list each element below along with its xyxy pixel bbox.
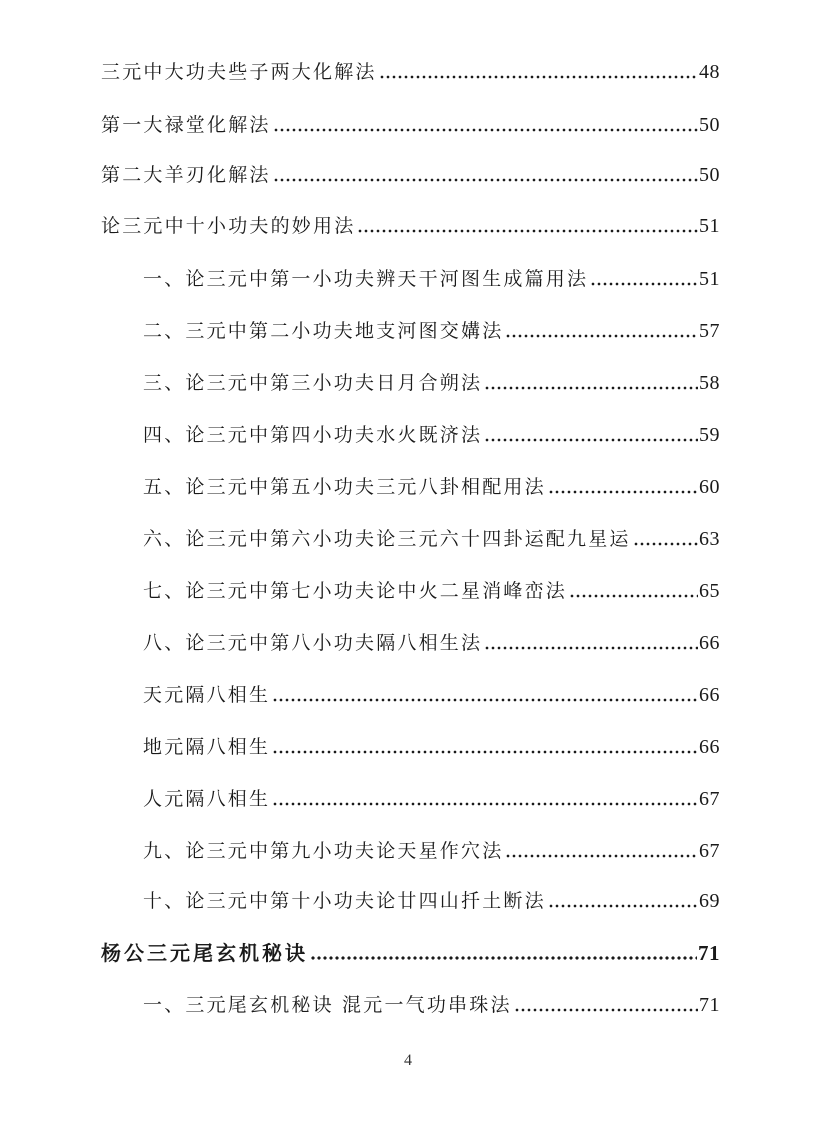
toc-entry-page: 60 — [699, 472, 720, 502]
dot-leader — [548, 904, 698, 908]
toc-entry[interactable]: 三元中大功夫些子两大化解法 48 — [101, 57, 720, 87]
toc-entry-title: 论三元中十小功夫的妙用法 — [101, 211, 355, 241]
dot-leader — [548, 490, 698, 494]
toc-entry[interactable]: 四、论三元中第四小功夫水火既济法 59 — [143, 420, 720, 450]
toc-entry-title: 七、论三元中第七小功夫论中火二星消峰峦法 — [143, 576, 567, 606]
toc-entry-page: 48 — [699, 57, 720, 87]
toc-entry-page: 71 — [699, 990, 720, 1020]
toc-entry-chapter[interactable]: 杨公三元尾玄机秘诀 71 — [101, 938, 720, 968]
toc-entry-title: 三、论三元中第三小功夫日月合朔法 — [143, 368, 482, 398]
toc-entry-title: 一、三元尾玄机秘诀 混元一气功串珠法 — [143, 990, 512, 1020]
toc-entry-title: 三元中大功夫些子两大化解法 — [101, 57, 377, 87]
toc-entry[interactable]: 五、论三元中第五小功夫三元八卦相配用法 60 — [143, 472, 720, 502]
toc-entry-title: 五、论三元中第五小功夫三元八卦相配用法 — [143, 472, 546, 502]
toc-entry-page: 71 — [698, 938, 720, 968]
toc-entry[interactable]: 第二大羊刃化解法 50 — [101, 160, 720, 190]
toc-entry-title: 地元隔八相生 — [143, 732, 270, 762]
toc-entry[interactable]: 六、论三元中第六小功夫论三元六十四卦运配九星运 63 — [143, 524, 720, 554]
toc-entry[interactable]: 七、论三元中第七小功夫论中火二星消峰峦法 65 — [143, 576, 720, 606]
toc-entry-page: 66 — [699, 680, 720, 710]
dot-leader — [357, 229, 698, 233]
toc-entry[interactable]: 天元隔八相生 66 — [143, 680, 720, 710]
toc-entry-title: 六、论三元中第六小功夫论三元六十四卦运配九星运 — [143, 524, 631, 554]
toc-entry[interactable]: 论三元中十小功夫的妙用法 51 — [101, 211, 720, 241]
toc-entry-title: 二、三元中第二小功夫地支河图交媾法 — [143, 316, 503, 346]
toc-entry-page: 67 — [699, 836, 720, 866]
toc-entry[interactable]: 一、三元尾玄机秘诀 混元一气功串珠法 71 — [143, 990, 720, 1020]
toc-entry[interactable]: 二、三元中第二小功夫地支河图交媾法 57 — [143, 316, 720, 346]
dot-leader — [514, 1008, 698, 1012]
dot-leader — [310, 956, 697, 960]
toc-entry[interactable]: 一、论三元中第一小功夫辨天干河图生成篇用法 51 — [143, 264, 720, 294]
toc-entry-title: 九、论三元中第九小功夫论天星作穴法 — [143, 836, 503, 866]
toc-entry-page: 69 — [699, 886, 720, 916]
dot-leader — [569, 594, 698, 598]
toc-entry[interactable]: 三、论三元中第三小功夫日月合朔法 58 — [143, 368, 720, 398]
toc-entry-title: 第一大禄堂化解法 — [101, 110, 271, 140]
toc-entry-page: 57 — [699, 316, 720, 346]
dot-leader — [379, 75, 698, 79]
toc-entry-title: 天元隔八相生 — [143, 680, 270, 710]
toc-entry-page: 65 — [699, 576, 720, 606]
toc-entry-title: 一、论三元中第一小功夫辨天干河图生成篇用法 — [143, 264, 588, 294]
dot-leader — [273, 128, 698, 132]
toc-entry[interactable]: 十、论三元中第十小功夫论廿四山扦土断法 69 — [143, 886, 720, 916]
toc-entry-page: 59 — [699, 420, 720, 450]
toc-entry-page: 63 — [699, 524, 720, 554]
toc-entry-page: 66 — [699, 628, 720, 658]
dot-leader — [590, 282, 698, 286]
toc-entry-page: 50 — [699, 110, 720, 140]
dot-leader — [484, 386, 698, 390]
dot-leader — [505, 854, 698, 858]
toc-entry-title: 第二大羊刃化解法 — [101, 160, 271, 190]
toc-entry-title: 四、论三元中第四小功夫水火既济法 — [143, 420, 482, 450]
toc-entry-page: 58 — [699, 368, 720, 398]
toc-entry-page: 66 — [699, 732, 720, 762]
toc-entry[interactable]: 八、论三元中第八小功夫隔八相生法 66 — [143, 628, 720, 658]
dot-leader — [272, 750, 698, 754]
dot-leader — [484, 646, 698, 650]
toc-entry[interactable]: 地元隔八相生 66 — [143, 732, 720, 762]
dot-leader — [633, 542, 698, 546]
toc-entry[interactable]: 人元隔八相生 67 — [143, 784, 720, 814]
toc-entry[interactable]: 第一大禄堂化解法 50 — [101, 110, 720, 140]
dot-leader — [273, 178, 698, 182]
dot-leader — [505, 334, 698, 338]
dot-leader — [484, 438, 698, 442]
toc-entry[interactable]: 九、论三元中第九小功夫论天星作穴法 67 — [143, 836, 720, 866]
toc-entry-title: 杨公三元尾玄机秘诀 — [101, 938, 308, 968]
toc-entry-page: 51 — [699, 211, 720, 241]
toc-entry-title: 人元隔八相生 — [143, 784, 270, 814]
dot-leader — [272, 698, 698, 702]
toc-entry-title: 八、论三元中第八小功夫隔八相生法 — [143, 628, 482, 658]
toc-entry-page: 51 — [699, 264, 720, 294]
toc-entry-page: 67 — [699, 784, 720, 814]
toc-entry-title: 十、论三元中第十小功夫论廿四山扦土断法 — [143, 886, 546, 916]
dot-leader — [272, 802, 698, 806]
toc-entry-page: 50 — [699, 160, 720, 190]
page-number: 4 — [0, 1052, 816, 1070]
